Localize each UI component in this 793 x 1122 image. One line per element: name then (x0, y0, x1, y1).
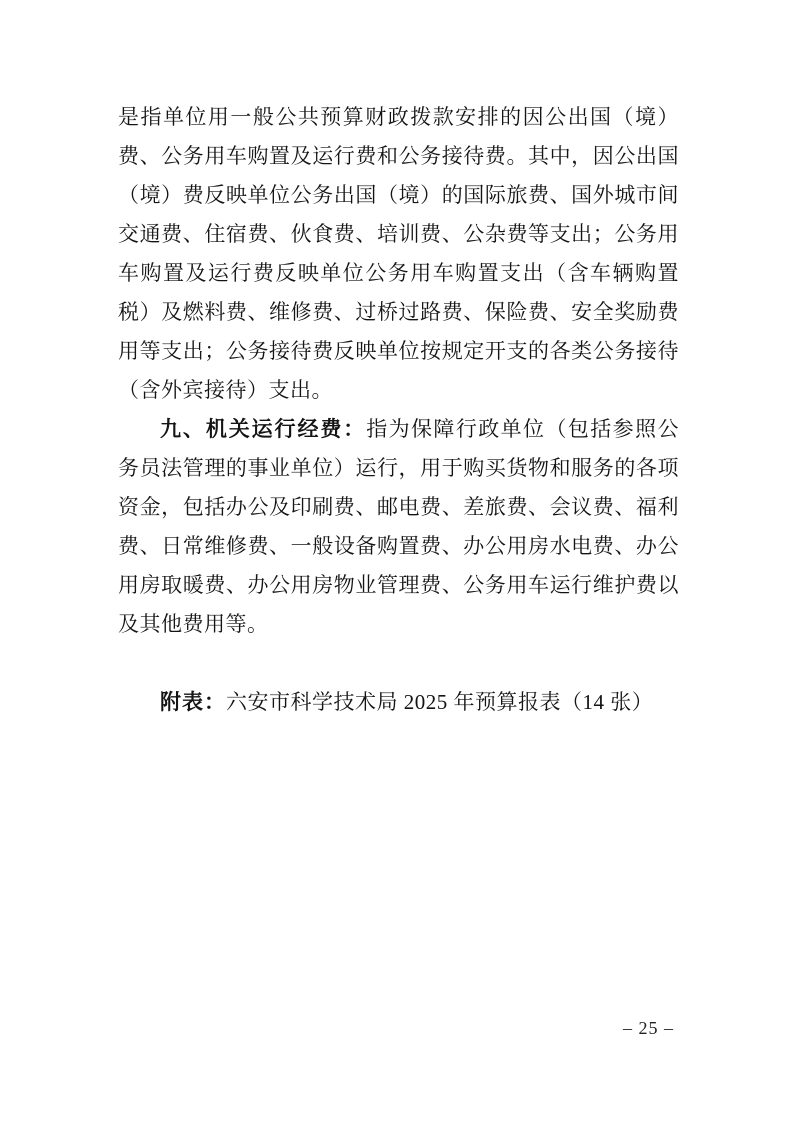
paragraph-attachment-note: 附表：六安市科学技术局 2025 年预算报表（14 张） (118, 683, 679, 722)
attachment-label: 附表： (160, 691, 226, 714)
paragraph-three-public-funds-definition: 是指单位用一般公共预算财政拨款安排的因公出国（境）费、公务用车购置及运行费和公务… (118, 98, 679, 410)
page-number: – 25 – (118, 1017, 674, 1039)
paragraph-text: 指为保障行政单位（包括参照公务员法管理的事业单位）运行，用于购买货物和服务的各项… (118, 417, 679, 636)
document-page: 是指单位用一般公共预算财政拨款安排的因公出国（境）费、公务用车购置及运行费和公务… (0, 0, 793, 1122)
paragraph-text: 是指单位用一般公共预算财政拨款安排的因公出国（境）费、公务用车购置及运行费和公务… (118, 105, 679, 402)
paragraph-bold-heading: 九、机关运行经费： (160, 418, 366, 441)
document-body: 是指单位用一般公共预算财政拨款安排的因公出国（境）费、公务用车购置及运行费和公务… (118, 98, 679, 722)
paragraph-agency-operating-expenses: 九、机关运行经费：指为保障行政单位（包括参照公务员法管理的事业单位）运行，用于购… (118, 410, 679, 644)
attachment-text: 六安市科学技术局 2025 年预算报表（14 张） (226, 690, 653, 714)
